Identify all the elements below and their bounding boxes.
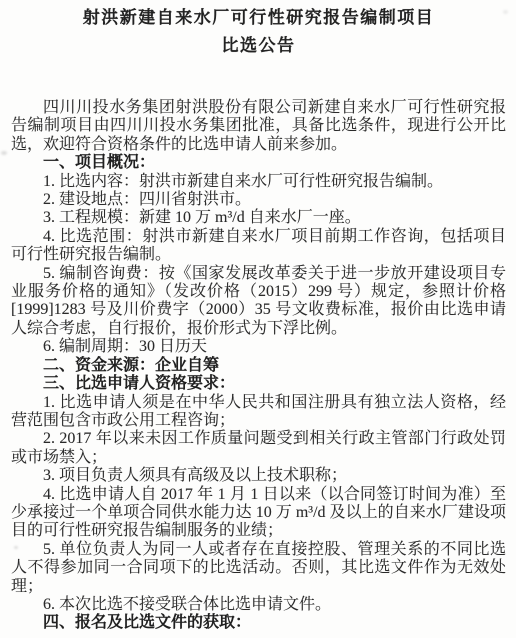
document-title-line1: 射洪新建自来水厂可行性研究报告编制项目 [11, 4, 506, 32]
item-3-6-no-consortium: 6. 本次比选不接受联合体比选申请文件。 [11, 596, 506, 614]
scan-smudge-left-lower [14, 546, 18, 549]
document-body: 四川川投水务集团射洪股份有限公司新建自来水厂可行性研究报告编制项目由四川川投水务… [11, 99, 506, 633]
scan-smudge-left-upper [1, 151, 7, 155]
item-1-3-scale: 3. 工程规模：新建 10 万 m³/d 自来水厂一座。 [11, 209, 506, 227]
item-3-3-title-req: 3. 项目负责人须具有高级及以上技术职称； [11, 467, 506, 485]
heading-section-2: 二、资金来源：企业自筹 [11, 357, 506, 375]
scanned-document-page: 射洪新建自来水厂可行性研究报告编制项目 比选公告 四川川投水务集团射洪股份有限公… [0, 0, 516, 638]
item-3-1-qualification: 1. 比选申请人须是在中华人民共和国注册具有独立法人资格，经营范围包含市政公用工… [11, 394, 506, 431]
item-3-4-experience: 4. 比选申请人自 2017 年 1 月 1 日以来（以合同签订时间为准）至少承… [11, 486, 506, 541]
item-1-4-scope: 4. 比选范围：射洪市新建自来水厂项目前期工作咨询，包括项目可行性研究报告编制。 [11, 228, 506, 265]
item-1-5-fee: 5. 编制咨询费：按《国家发展改革委关于进一步放开建设项目专业服务价格的通知》（… [11, 265, 506, 339]
item-3-2-no-penalty: 2. 2017 年以来未因工作质量问题受到相关行政主管部门行政处罚或市场禁入； [11, 430, 506, 467]
item-1-1-bid-content: 1. 比选内容：射洪市新建自来水厂可行性研究报告编制。 [11, 173, 506, 191]
heading-section-3: 三、比选申请人资格要求： [11, 375, 506, 393]
item-3-5-same-leader: 5. 单位负责人为同一人或者存在直接控股、管理关系的不同比选人不得参加同一合同项… [11, 541, 506, 596]
heading-section-4: 四、报名及比选文件的获取： [11, 614, 506, 632]
item-1-6-duration: 6. 编制周期：30 日历天 [11, 338, 506, 356]
paragraph-intro: 四川川投水务集团射洪股份有限公司新建自来水厂可行性研究报告编制项目由四川川投水务… [11, 99, 506, 154]
heading-section-1: 一、项目概况： [11, 154, 506, 172]
item-1-2-location: 2. 建设地点：四川省射洪市。 [11, 191, 506, 209]
document-title-line2: 比选公告 [11, 32, 506, 60]
scan-smudge-top-right [503, 10, 508, 14]
